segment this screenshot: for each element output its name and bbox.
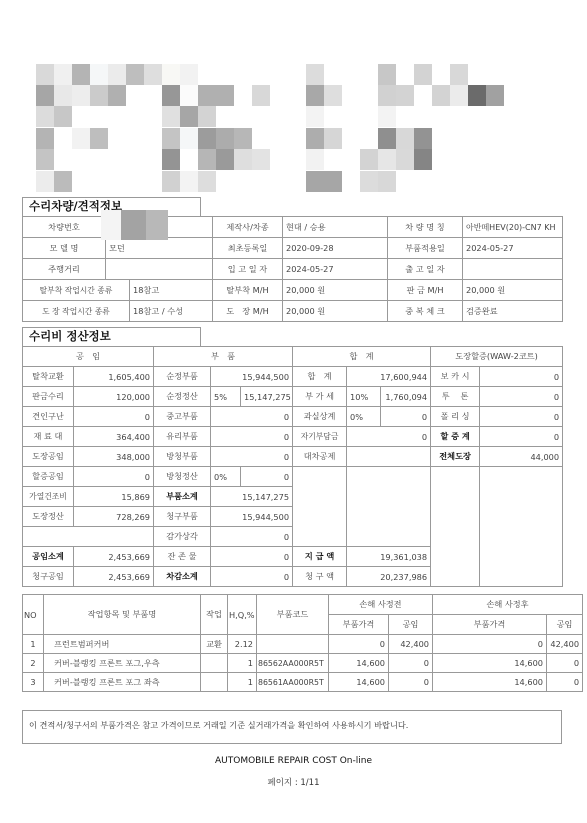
item-after-labor: 0 xyxy=(547,654,583,673)
mosaic-tile xyxy=(468,85,486,106)
mosaic-tile xyxy=(414,64,432,85)
paint-label: 폴 리 싱 xyxy=(431,407,480,427)
total-value: 0 xyxy=(381,407,431,427)
mosaic-tile xyxy=(306,64,324,85)
paint-label: 전체도장 xyxy=(431,447,480,467)
header-item-name: 작업항목 및 부품명 xyxy=(44,595,201,635)
labor-label: 청구공임 xyxy=(23,567,74,587)
mosaic-tile xyxy=(36,85,54,106)
mosaic-tile xyxy=(450,64,468,85)
item-before-labor: 0 xyxy=(389,654,433,673)
field-label: 입 고 일 자 xyxy=(213,259,283,280)
item-no: 1 xyxy=(23,635,44,654)
section-title-settlement: 수리비 정산정보 xyxy=(22,327,201,346)
mosaic-tile xyxy=(378,85,396,106)
mosaic-tile xyxy=(180,85,198,106)
paint-label: 투 톤 xyxy=(431,387,480,407)
mosaic-tile xyxy=(90,85,108,106)
header-no: NO xyxy=(23,595,44,635)
total-value xyxy=(347,447,431,467)
field-label: 차량번호 xyxy=(23,217,106,238)
parts-label: 순정정산 xyxy=(154,387,211,407)
mosaic-tile xyxy=(108,85,126,106)
item-work xyxy=(201,673,228,692)
item-part-code: 86562AA000R5T xyxy=(257,654,329,673)
labor-value: 1,605,400 xyxy=(74,367,154,387)
labor-value: 0 xyxy=(74,407,154,427)
total-label: 과실상계 xyxy=(293,407,347,427)
empty-cell xyxy=(23,527,154,547)
mosaic-tile xyxy=(306,171,324,192)
header-work: 작업 xyxy=(201,595,228,635)
parts-percent: 0% xyxy=(211,467,241,487)
mosaic-tile xyxy=(306,149,324,170)
paint-value: 0 xyxy=(480,367,563,387)
parts-value: 0 xyxy=(211,547,293,567)
parts-label: 순정부품 xyxy=(154,367,211,387)
mosaic-tile xyxy=(198,149,216,170)
mosaic-tile xyxy=(162,149,180,170)
page-indicator: 페이지 : 1/11 xyxy=(0,776,587,788)
mosaic-tile xyxy=(198,106,216,127)
item-work xyxy=(201,654,228,673)
mosaic-tile xyxy=(306,128,324,149)
total-label: 합 계 xyxy=(293,367,347,387)
mosaic-tile xyxy=(216,85,234,106)
mosaic-tile xyxy=(72,128,90,149)
item-no: 2 xyxy=(23,654,44,673)
total-value: 19,361,038 xyxy=(347,547,431,567)
labor-label: 할증공임 xyxy=(23,467,74,487)
field-label: 탈부착 M/H xyxy=(213,280,283,301)
paint-label: 할 증 계 xyxy=(431,427,480,447)
mosaic-tile xyxy=(54,85,72,106)
header-part-price: 부품가격 xyxy=(329,615,389,635)
parts-value: 15,147,275 xyxy=(241,387,293,407)
parts-value: 0 xyxy=(211,447,293,467)
header-before-adjust: 손해 사정전 xyxy=(329,595,433,615)
empty-cell xyxy=(293,467,347,547)
header-paint: 도장할증(WAW-2코트) xyxy=(431,347,563,367)
item-name: 프런트범퍼커버 xyxy=(44,635,201,654)
parts-label: 차감소계 xyxy=(154,567,211,587)
vehicle-info-row: 주행거리입 고 일 자2024-05-27출 고 일 자 xyxy=(23,259,563,280)
header-total: 합 계 xyxy=(293,347,431,367)
items-header-row: NO작업항목 및 부품명작업H,Q,%부품코드손해 사정전손해 사정후 xyxy=(23,595,583,615)
item-after-labor: 42,400 xyxy=(547,635,583,654)
redacted-plate-number-2 xyxy=(146,210,168,240)
mosaic-tile xyxy=(72,85,90,106)
parts-value: 15,147,275 xyxy=(211,487,293,507)
mosaic-tile xyxy=(108,64,126,85)
total-percent: 10% xyxy=(347,387,381,407)
labor-value: 2,453,669 xyxy=(74,567,154,587)
parts-label: 방청정산 xyxy=(154,467,211,487)
mosaic-tile xyxy=(378,171,396,192)
header-hq: H,Q,% xyxy=(228,595,257,635)
mosaic-tile xyxy=(180,128,198,149)
labor-label: 가열건조비 xyxy=(23,487,74,507)
mosaic-tile xyxy=(234,149,252,170)
total-label: 청 구 액 xyxy=(293,567,347,587)
mosaic-tile xyxy=(414,149,432,170)
paint-value: 44,000 xyxy=(480,447,563,467)
field-value: 18참고 / 수성 xyxy=(130,301,213,322)
mosaic-tile xyxy=(216,128,234,149)
labor-label: 공임소계 xyxy=(23,547,74,567)
field-value xyxy=(463,259,563,280)
item-work: 교환 xyxy=(201,635,228,654)
paint-label: 보 카 시 xyxy=(431,367,480,387)
mosaic-tile xyxy=(36,106,54,127)
field-value: 20,000 원 xyxy=(463,280,563,301)
field-value: 20,000 원 xyxy=(283,280,388,301)
mosaic-tile xyxy=(378,149,396,170)
item-part-code xyxy=(257,635,329,654)
item-after-price: 14,600 xyxy=(433,654,547,673)
mosaic-tile xyxy=(36,149,54,170)
mosaic-tile xyxy=(162,171,180,192)
paint-value: 0 xyxy=(480,387,563,407)
item-hq: 1 xyxy=(228,654,257,673)
settlement-row: 재 료 대364,400유리부품0자기부담금0할 증 계0 xyxy=(23,427,563,447)
field-value: 2024-05-27 xyxy=(283,259,388,280)
mosaic-tile xyxy=(162,128,180,149)
total-label: 자기부담금 xyxy=(293,427,347,447)
item-row: 3커버-블랭킹 프론트 포그 좌측186561AA000R5T14,600014… xyxy=(23,673,583,692)
mosaic-tile xyxy=(126,64,144,85)
total-value: 0 xyxy=(347,427,431,447)
total-value: 20,237,986 xyxy=(347,567,431,587)
parts-percent: 5% xyxy=(211,387,241,407)
mosaic-tile xyxy=(90,128,108,149)
field-label: 제작사/차종 xyxy=(213,217,283,238)
item-before-labor: 0 xyxy=(389,673,433,692)
header-part-price: 부품가격 xyxy=(433,615,547,635)
item-hq: 2.12 xyxy=(228,635,257,654)
settlement-header-row: 공 임부 품합 계도장할증(WAW-2코트) xyxy=(23,347,563,367)
mosaic-tile xyxy=(162,106,180,127)
mosaic-tile xyxy=(198,171,216,192)
labor-value: 2,453,669 xyxy=(74,547,154,567)
mosaic-tile xyxy=(252,85,270,106)
item-name: 커버-블랭킹 프론트 포그,우측 xyxy=(44,654,201,673)
item-before-labor: 42,400 xyxy=(389,635,433,654)
footer-title: AUTOMOBILE REPAIR COST On-line xyxy=(0,756,587,766)
mosaic-tile xyxy=(162,64,180,85)
total-label: 부 가 세 xyxy=(293,387,347,407)
mosaic-tile xyxy=(432,85,450,106)
field-value: 2024-05-27 xyxy=(463,238,563,259)
field-value: 2020-09-28 xyxy=(283,238,388,259)
header-labor: 공임 xyxy=(547,615,583,635)
mosaic-tile xyxy=(36,171,54,192)
field-value: 현대 / 승용 xyxy=(283,217,388,238)
mosaic-tile xyxy=(72,64,90,85)
mosaic-tile xyxy=(414,128,432,149)
item-after-price: 0 xyxy=(433,635,547,654)
field-label: 탈부착 작업시간 종류 xyxy=(23,280,130,301)
settlement-row: 판금수리120,000순정정산5%15,147,275부 가 세10%1,760… xyxy=(23,387,563,407)
mosaic-tile xyxy=(162,85,180,106)
mosaic-tile xyxy=(450,85,468,106)
mosaic-tile xyxy=(378,64,396,85)
mosaic-tile xyxy=(306,106,324,127)
mosaic-tile xyxy=(180,171,198,192)
item-before-price: 0 xyxy=(329,635,389,654)
empty-cell xyxy=(347,467,431,547)
parts-value: 0 xyxy=(211,567,293,587)
total-percent: 0% xyxy=(347,407,381,427)
field-value: 모던 xyxy=(106,238,213,259)
labor-value: 15,869 xyxy=(74,487,154,507)
mosaic-tile xyxy=(144,64,162,85)
item-hq: 1 xyxy=(228,673,257,692)
repair-items-table: NO작업항목 및 부품명작업H,Q,%부품코드손해 사정전손해 사정후부품가격공… xyxy=(22,594,583,692)
mosaic-tile xyxy=(54,64,72,85)
empty-cell xyxy=(431,467,480,587)
vehicle-info-row: 탈부착 작업시간 종류18참고탈부착 M/H20,000 원판 금 M/H20,… xyxy=(23,280,563,301)
header-labor: 공임 xyxy=(389,615,433,635)
field-label: 모 델 명 xyxy=(23,238,106,259)
labor-value: 728,269 xyxy=(74,507,154,527)
labor-label: 도장정산 xyxy=(23,507,74,527)
mosaic-tile xyxy=(180,64,198,85)
labor-value: 0 xyxy=(74,467,154,487)
item-before-price: 14,600 xyxy=(329,673,389,692)
item-after-price: 14,600 xyxy=(433,673,547,692)
labor-label: 견인구난 xyxy=(23,407,74,427)
settlement-row: 견인구난0중고부품0과실상계0%0폴 리 싱0 xyxy=(23,407,563,427)
redacted-plate-number-3 xyxy=(101,210,121,240)
mosaic-tile xyxy=(216,149,234,170)
parts-value: 0 xyxy=(211,527,293,547)
field-value: 아반떼HEV(20)-CN7 KH xyxy=(463,217,563,238)
field-value: 20,000 원 xyxy=(283,301,388,322)
total-label: 대차공제 xyxy=(293,447,347,467)
mosaic-tile xyxy=(360,171,378,192)
parts-value: 15,944,500 xyxy=(211,507,293,527)
mosaic-tile xyxy=(180,106,198,127)
mosaic-tile xyxy=(36,64,54,85)
item-after-labor: 0 xyxy=(547,673,583,692)
field-label: 판 금 M/H xyxy=(388,280,463,301)
field-label: 부품적용일 xyxy=(388,238,463,259)
mosaic-tile xyxy=(36,128,54,149)
field-value: 검증완료 xyxy=(463,301,563,322)
mosaic-tile xyxy=(396,149,414,170)
field-label: 출 고 일 자 xyxy=(388,259,463,280)
labor-value: 348,000 xyxy=(74,447,154,467)
mosaic-tile xyxy=(198,128,216,149)
labor-value: 364,400 xyxy=(74,427,154,447)
header-after-adjust: 손해 사정후 xyxy=(433,595,583,615)
item-part-code: 86561AA000R5T xyxy=(257,673,329,692)
header-part-code: 부품코드 xyxy=(257,595,329,635)
total-label: 지 급 액 xyxy=(293,547,347,567)
vehicle-info-row: 도 장 작업시간 종류18참고 / 수성도 장 M/H20,000 원중 복 체… xyxy=(23,301,563,322)
parts-value: 0 xyxy=(211,427,293,447)
item-name: 커버-블랭킹 프론트 포그 좌측 xyxy=(44,673,201,692)
mosaic-tile xyxy=(234,128,252,149)
parts-label: 감가상각 xyxy=(154,527,211,547)
price-notice: 이 견적서/청구서의 부품가격은 참고 가격이므로 거래일 기준 실거래가격을 … xyxy=(22,710,562,744)
parts-label: 중고부품 xyxy=(154,407,211,427)
mosaic-tile xyxy=(324,128,342,149)
mosaic-tile xyxy=(396,128,414,149)
redacted-header-logo xyxy=(36,58,516,193)
paint-value: 0 xyxy=(480,407,563,427)
parts-label: 방청부품 xyxy=(154,447,211,467)
empty-cell xyxy=(480,467,563,587)
field-value xyxy=(106,259,213,280)
total-value: 1,760,094 xyxy=(381,387,431,407)
labor-label: 판금수리 xyxy=(23,387,74,407)
paint-value: 0 xyxy=(480,427,563,447)
mosaic-tile xyxy=(378,106,396,127)
mosaic-tile xyxy=(90,64,108,85)
mosaic-tile xyxy=(486,85,504,106)
parts-label: 부품소계 xyxy=(154,487,211,507)
mosaic-tile xyxy=(54,106,72,127)
field-label: 차 량 명 칭 xyxy=(388,217,463,238)
parts-label: 유리부품 xyxy=(154,427,211,447)
header-parts: 부 품 xyxy=(154,347,293,367)
field-label: 최초등록일 xyxy=(213,238,283,259)
field-label: 도 장 작업시간 종류 xyxy=(23,301,130,322)
mosaic-tile xyxy=(378,128,396,149)
parts-value: 0 xyxy=(241,467,293,487)
mosaic-tile xyxy=(360,149,378,170)
parts-value: 15,944,500 xyxy=(211,367,293,387)
field-value: 18참고 xyxy=(130,280,213,301)
parts-label: 청구부품 xyxy=(154,507,211,527)
mosaic-tile xyxy=(198,85,216,106)
field-label: 도 장 M/H xyxy=(213,301,283,322)
item-row: 2커버-블랭킹 프론트 포그,우측186562AA000R5T14,600014… xyxy=(23,654,583,673)
settlement-table: 공 임부 품합 계도장할증(WAW-2코트)탈착교환1,605,400순정부품1… xyxy=(22,346,563,587)
total-value: 17,600,944 xyxy=(347,367,431,387)
vehicle-info-row: 모 델 명모던최초등록일2020-09-28부품적용일2024-05-27 xyxy=(23,238,563,259)
mosaic-tile xyxy=(252,149,270,170)
field-label: 주행거리 xyxy=(23,259,106,280)
mosaic-tile xyxy=(396,85,414,106)
mosaic-tile xyxy=(324,85,342,106)
labor-label: 재 료 대 xyxy=(23,427,74,447)
field-label: 중 복 체 크 xyxy=(388,301,463,322)
item-before-price: 14,600 xyxy=(329,654,389,673)
redacted-plate-number xyxy=(121,210,146,240)
settlement-row: 탈착교환1,605,400순정부품15,944,500합 계17,600,944… xyxy=(23,367,563,387)
labor-value: 120,000 xyxy=(74,387,154,407)
mosaic-tile xyxy=(54,171,72,192)
parts-value: 0 xyxy=(211,407,293,427)
labor-label: 도장공임 xyxy=(23,447,74,467)
item-row: 1프런트범퍼커버교환2.12042,400042,400 xyxy=(23,635,583,654)
header-labor: 공 임 xyxy=(23,347,154,367)
labor-label: 탈착교환 xyxy=(23,367,74,387)
item-no: 3 xyxy=(23,673,44,692)
settlement-row: 할증공임0방청정산0%0 xyxy=(23,467,563,487)
mosaic-tile xyxy=(306,85,324,106)
settlement-row: 도장공임348,000방청부품0대차공제전체도장44,000 xyxy=(23,447,563,467)
mosaic-tile xyxy=(324,171,342,192)
parts-label: 잔 존 물 xyxy=(154,547,211,567)
